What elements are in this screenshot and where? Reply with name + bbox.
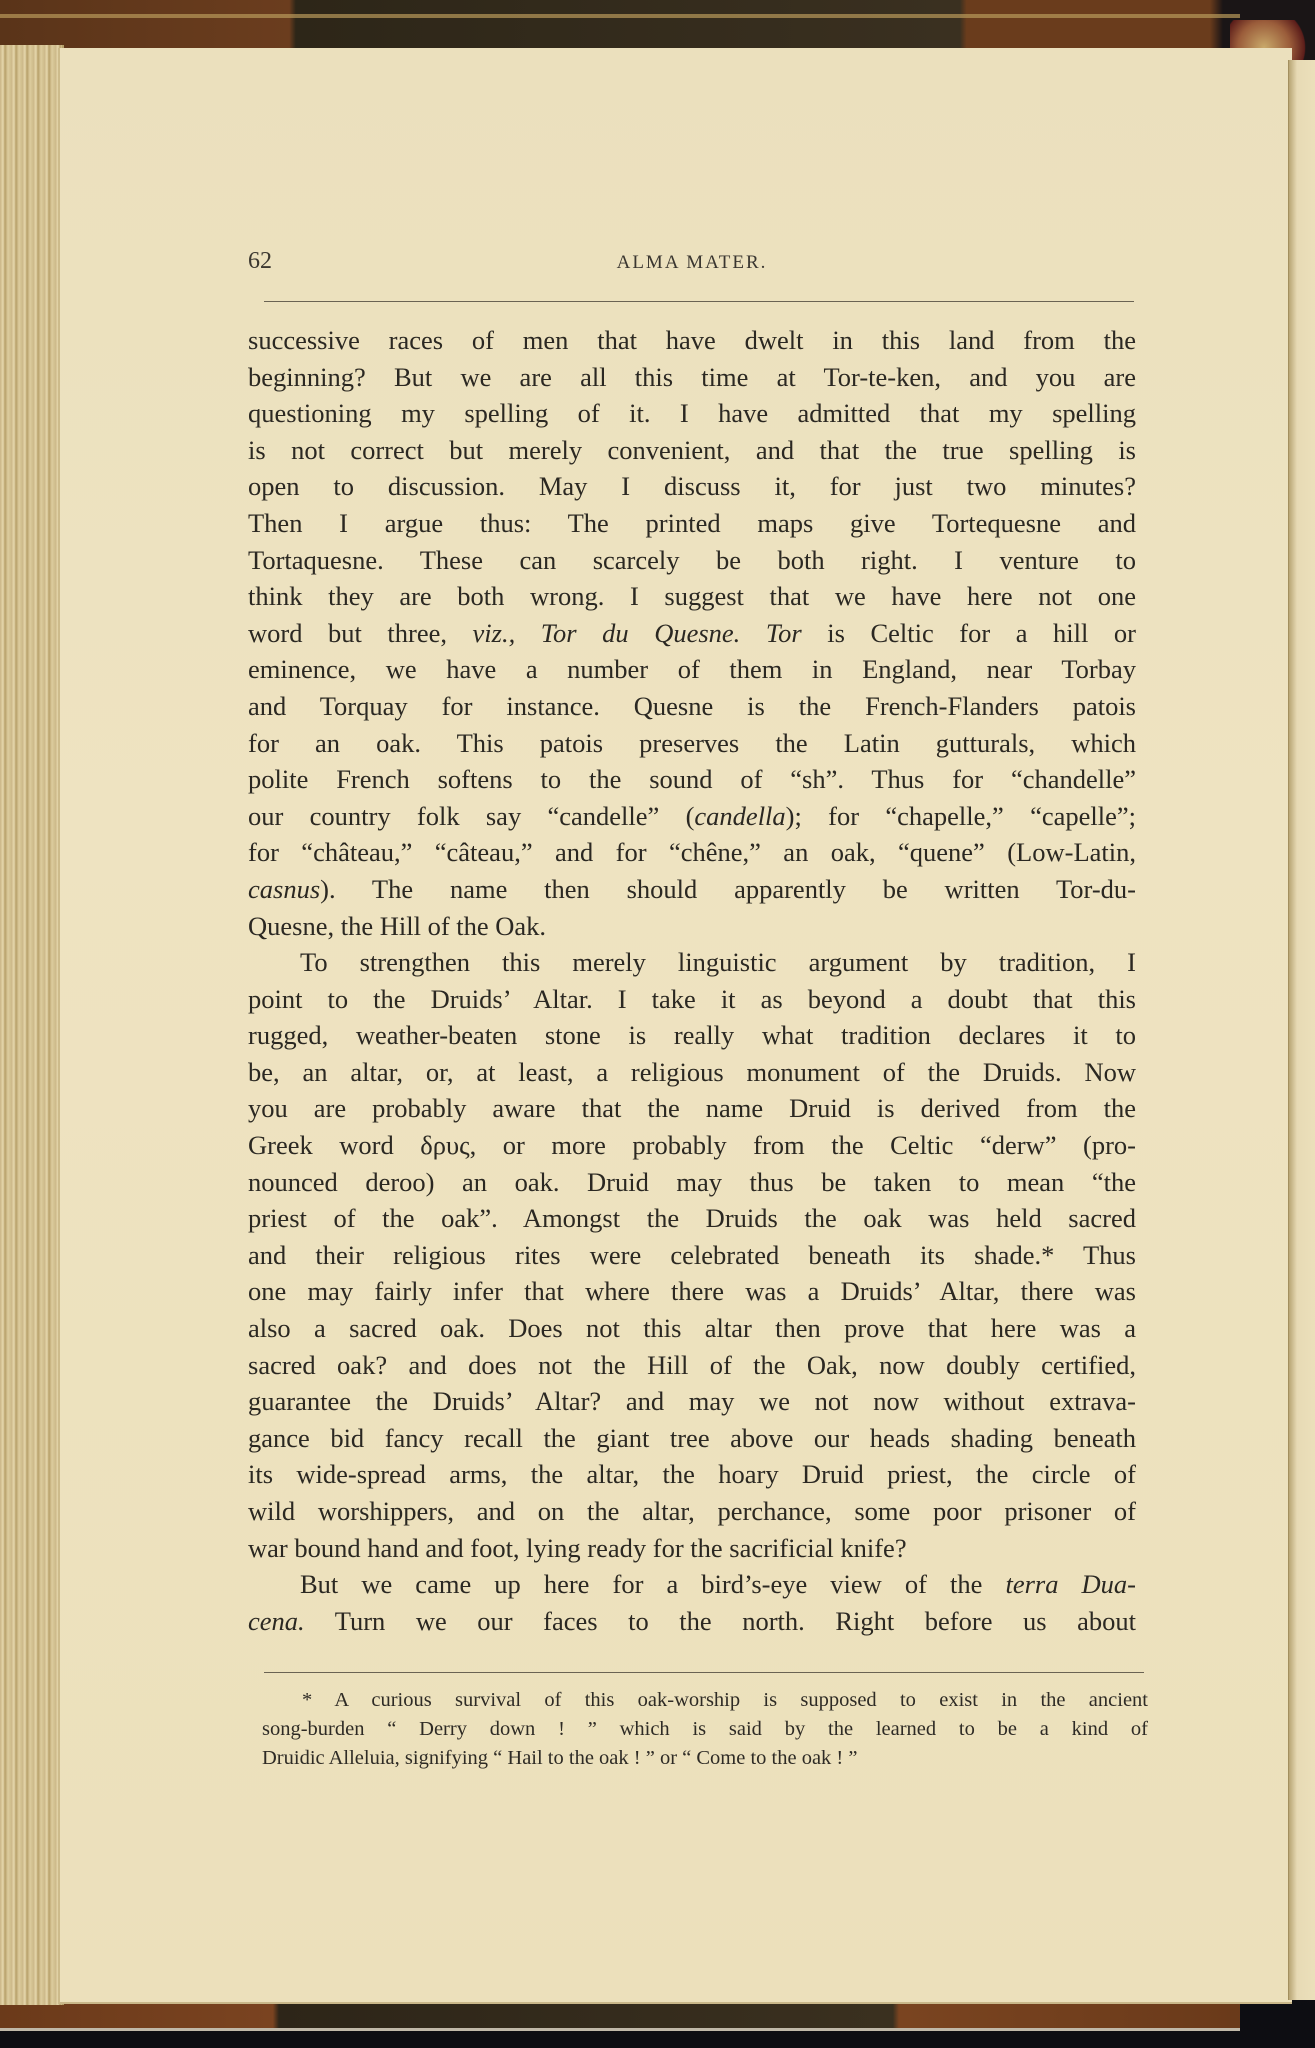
- page-stack-edges: [0, 45, 64, 2005]
- text-segment: rugged, weather-beaten stone is really w…: [248, 1020, 1136, 1050]
- text-line: also a sacred oak. Does not this altar t…: [248, 1310, 1136, 1347]
- text-segment: Quesne, the Hill of the Oak.: [248, 911, 546, 941]
- italic-segment: viz., Tor du Quesne.: [473, 618, 741, 648]
- text-segment: successive races of men that have dwelt …: [248, 325, 1136, 355]
- text-line: our country folk say “candelle” (candell…: [248, 798, 1136, 835]
- text-line: gance bid fancy recall the giant tree ab…: [248, 1420, 1136, 1457]
- text-line: Greek word δρυς, or more probably from t…: [248, 1127, 1136, 1164]
- running-head: 62 ALMA MATER.: [248, 248, 1136, 278]
- text-segment: also a sacred oak. Does not this altar t…: [248, 1313, 1136, 1343]
- italic-segment: terra Dua-: [1005, 1569, 1136, 1599]
- text-segment: eminence, we have a number of them in En…: [248, 654, 1136, 684]
- italic-segment: candella: [694, 801, 785, 831]
- text-line: and their religious rites were celebrate…: [248, 1237, 1136, 1274]
- footnote: * A curious survival of this oak-worship…: [262, 1686, 1148, 1773]
- text-line: polite French softens to the sound of “s…: [248, 761, 1136, 798]
- text-segment: and their religious rites were celebrate…: [248, 1240, 1136, 1270]
- italic-segment: casnus: [248, 874, 320, 904]
- text-segment: ); for “chapelle,” “capelle”;: [786, 801, 1136, 831]
- text-segment: To strengthen this merely linguistic arg…: [300, 947, 1136, 977]
- text-segment: its wide-spread arms, the altar, the hoa…: [248, 1459, 1136, 1489]
- text-line: priest of the oak”. Amongst the Druids t…: [248, 1200, 1136, 1237]
- text-line: is not correct but merely convenient, an…: [248, 432, 1136, 469]
- text-line: its wide-spread arms, the altar, the hoa…: [248, 1456, 1136, 1493]
- text-line: for “château,” “câteau,” and for “chêne,…: [248, 834, 1136, 871]
- text-segment: beginning? But we are all this time at T…: [248, 362, 1136, 392]
- text-segment: for “château,” “câteau,” and for “chêne,…: [248, 837, 1136, 867]
- text-segment: open to discussion. May I discuss it, fo…: [248, 471, 1136, 501]
- text-line: wild worshippers, and on the altar, perc…: [248, 1493, 1136, 1530]
- text-line: nounced deroo) an oak. Druid may thus be…: [248, 1164, 1136, 1201]
- text-segment: questioning my spelling of it. I have ad…: [248, 398, 1136, 428]
- text-line: word but three, viz., Tor du Quesne. Tor…: [248, 615, 1136, 652]
- page-gutter-fold: [1288, 60, 1315, 2000]
- text-line: open to discussion. May I discuss it, fo…: [248, 468, 1136, 505]
- text-line: But we came up here for a bird’s-eye vie…: [248, 1566, 1136, 1603]
- text-segment: war bound hand and foot, lying ready for…: [248, 1533, 907, 1563]
- text-line: and Torquay for instance. Quesne is the …: [248, 688, 1136, 725]
- text-line: successive races of men that have dwelt …: [248, 322, 1136, 359]
- text-line: eminence, we have a number of them in En…: [248, 651, 1136, 688]
- text-segment: be, an altar, or, at least, a religious …: [248, 1057, 1136, 1087]
- text-line: Then I argue thus: The printed maps give…: [248, 505, 1136, 542]
- text-line: war bound hand and foot, lying ready for…: [248, 1530, 1136, 1567]
- text-line: questioning my spelling of it. I have ad…: [248, 395, 1136, 432]
- text-segment: and Torquay for instance. Quesne is the …: [248, 691, 1136, 721]
- text-line: beginning? But we are all this time at T…: [248, 359, 1136, 396]
- text-segment: Greek word δρυς, or more probably from t…: [248, 1130, 1136, 1160]
- text-segment: nounced deroo) an oak. Druid may thus be…: [248, 1167, 1136, 1197]
- footnote-line: song-burden “ Derry down ! ” which is sa…: [262, 1715, 1148, 1744]
- text-line: think they are both wrong. I suggest tha…: [248, 578, 1136, 615]
- footnote-line: * A curious survival of this oak-worship…: [262, 1686, 1148, 1715]
- text-segment: Tortaquesne. These can scarcely be both …: [248, 545, 1136, 575]
- cover-gilt-edge: [0, 14, 1240, 18]
- text-segment: Then I argue thus: The printed maps give…: [248, 508, 1136, 538]
- text-line: rugged, weather-beaten stone is really w…: [248, 1017, 1136, 1054]
- text-line: point to the Druids’ Altar. I take it as…: [248, 981, 1136, 1018]
- text-line: you are probably aware that the name Dru…: [248, 1090, 1136, 1127]
- italic-segment: Tor: [766, 618, 802, 648]
- text-line: Quesne, the Hill of the Oak.: [248, 908, 1136, 945]
- footnote-rule: [264, 1672, 1144, 1673]
- text-line: for an oak. This patois preserves the La…: [248, 725, 1136, 762]
- text-segment: [740, 618, 766, 648]
- text-line: casnus). The name then should apparently…: [248, 871, 1136, 908]
- text-line: Tortaquesne. These can scarcely be both …: [248, 542, 1136, 579]
- header-rule: [264, 301, 1134, 302]
- text-segment: priest of the oak”. Amongst the Druids t…: [248, 1203, 1136, 1233]
- text-segment: But we came up here for a bird’s-eye vie…: [300, 1569, 1005, 1599]
- text-segment: our country folk say “candelle” (: [248, 801, 694, 831]
- text-segment: for an oak. This patois preserves the La…: [248, 728, 1136, 758]
- text-segment: think they are both wrong. I suggest tha…: [248, 581, 1136, 611]
- text-segment: point to the Druids’ Altar. I take it as…: [248, 984, 1136, 1014]
- italic-segment: cena.: [248, 1606, 305, 1636]
- text-line: one may fairly infer that where there wa…: [248, 1273, 1136, 1310]
- text-segment: is Celtic for a hill or: [802, 618, 1136, 648]
- text-line: guarantee the Druids’ Altar? and may we …: [248, 1383, 1136, 1420]
- text-segment: Turn we our faces to the north. Right be…: [305, 1606, 1136, 1636]
- footnote-line: Druidic Alleluia, signifying “ Hail to t…: [262, 1744, 1148, 1773]
- text-segment: word but three,: [248, 618, 473, 648]
- text-segment: one may fairly infer that where there wa…: [248, 1276, 1136, 1306]
- text-line: To strengthen this merely linguistic arg…: [248, 944, 1136, 981]
- body-text: successive races of men that have dwelt …: [248, 322, 1136, 1639]
- text-segment: gance bid fancy recall the giant tree ab…: [248, 1423, 1136, 1453]
- text-segment: sacred oak? and does not the Hill of the…: [248, 1350, 1136, 1380]
- text-segment: ). The name then should apparently be wr…: [320, 874, 1136, 904]
- text-line: sacred oak? and does not the Hill of the…: [248, 1347, 1136, 1384]
- text-segment: wild worshippers, and on the altar, perc…: [248, 1496, 1136, 1526]
- text-line: cena. Turn we our faces to the north. Ri…: [248, 1603, 1136, 1640]
- text-line: be, an altar, or, at least, a religious …: [248, 1054, 1136, 1091]
- text-segment: you are probably aware that the name Dru…: [248, 1093, 1136, 1123]
- text-segment: is not correct but merely convenient, an…: [248, 435, 1136, 465]
- running-head-title: ALMA MATER.: [248, 252, 1136, 274]
- text-segment: polite French softens to the sound of “s…: [248, 764, 1136, 794]
- text-segment: guarantee the Druids’ Altar? and may we …: [248, 1386, 1136, 1416]
